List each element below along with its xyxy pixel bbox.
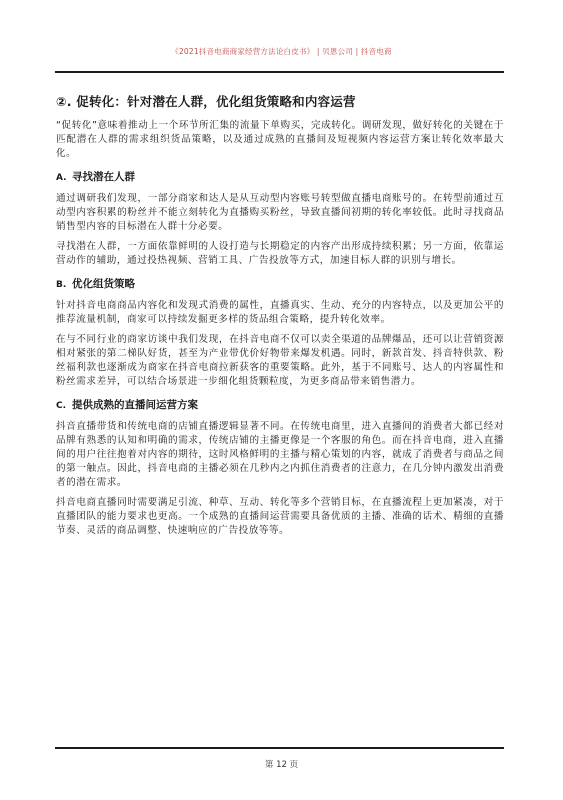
page-number: 第 12 页 — [0, 758, 563, 770]
subsection-letter: A. — [56, 171, 72, 185]
paragraph: 寻找潜在人群，一方面依靠鲜明的人设打造与长期稳定的内容产出形成持续积累；另一方面… — [56, 240, 504, 268]
section-intro: “促转化”意味着推动上一个环节所汇集的流量下单购买，完成转化。调研发现，做好转化… — [56, 119, 504, 161]
subsection-title: 提供成熟的直播间运营方案 — [72, 399, 198, 411]
subsection-heading-c: C.提供成熟的直播间运营方案 — [56, 398, 504, 413]
subsection-heading-b: B.优化组货策略 — [56, 277, 504, 292]
paragraph: 针对抖音电商商品内容化和发现式消费的属性，直播真实、生动、充分的内容特点，以及更… — [56, 299, 504, 327]
subsection-letter: C. — [56, 399, 72, 413]
paragraph: 在与不同行业的商家访谈中我们发现，在抖音电商不仅可以卖全渠道的品牌爆品，还可以让… — [56, 333, 504, 389]
page-content: ②. 促转化：针对潜在人群，优化组货策略和内容运营 “促转化”意味着推动上一个环… — [56, 94, 504, 544]
subsection-letter: B. — [56, 278, 72, 292]
paragraph: 通过调研我们发现，一部分商家和达人是从互动型内容账号转型做直播电商账号的。在转型… — [56, 192, 504, 234]
running-header: 《2021抖音电商商家经营方法论白皮书》 | 贝恩公司 | 抖音电商 — [0, 46, 563, 57]
section-title: ②. 促转化：针对潜在人群，优化组货策略和内容运营 — [56, 94, 504, 110]
subsection-title: 优化组货策略 — [72, 278, 135, 290]
footer-rule — [55, 747, 504, 749]
paragraph: 抖音直播带货和传统电商的店铺直播逻辑显著不同。在传统电商里，进入直播间的消费者大… — [56, 420, 504, 490]
paragraph: 抖音电商直播同时需要满足引流、种草、互动、转化等多个营销目标，在直播流程上更加紧… — [56, 496, 504, 538]
header-rule — [55, 71, 504, 73]
subsection-title: 寻找潜在人群 — [72, 171, 135, 183]
subsection-heading-a: A.寻找潜在人群 — [56, 170, 504, 185]
